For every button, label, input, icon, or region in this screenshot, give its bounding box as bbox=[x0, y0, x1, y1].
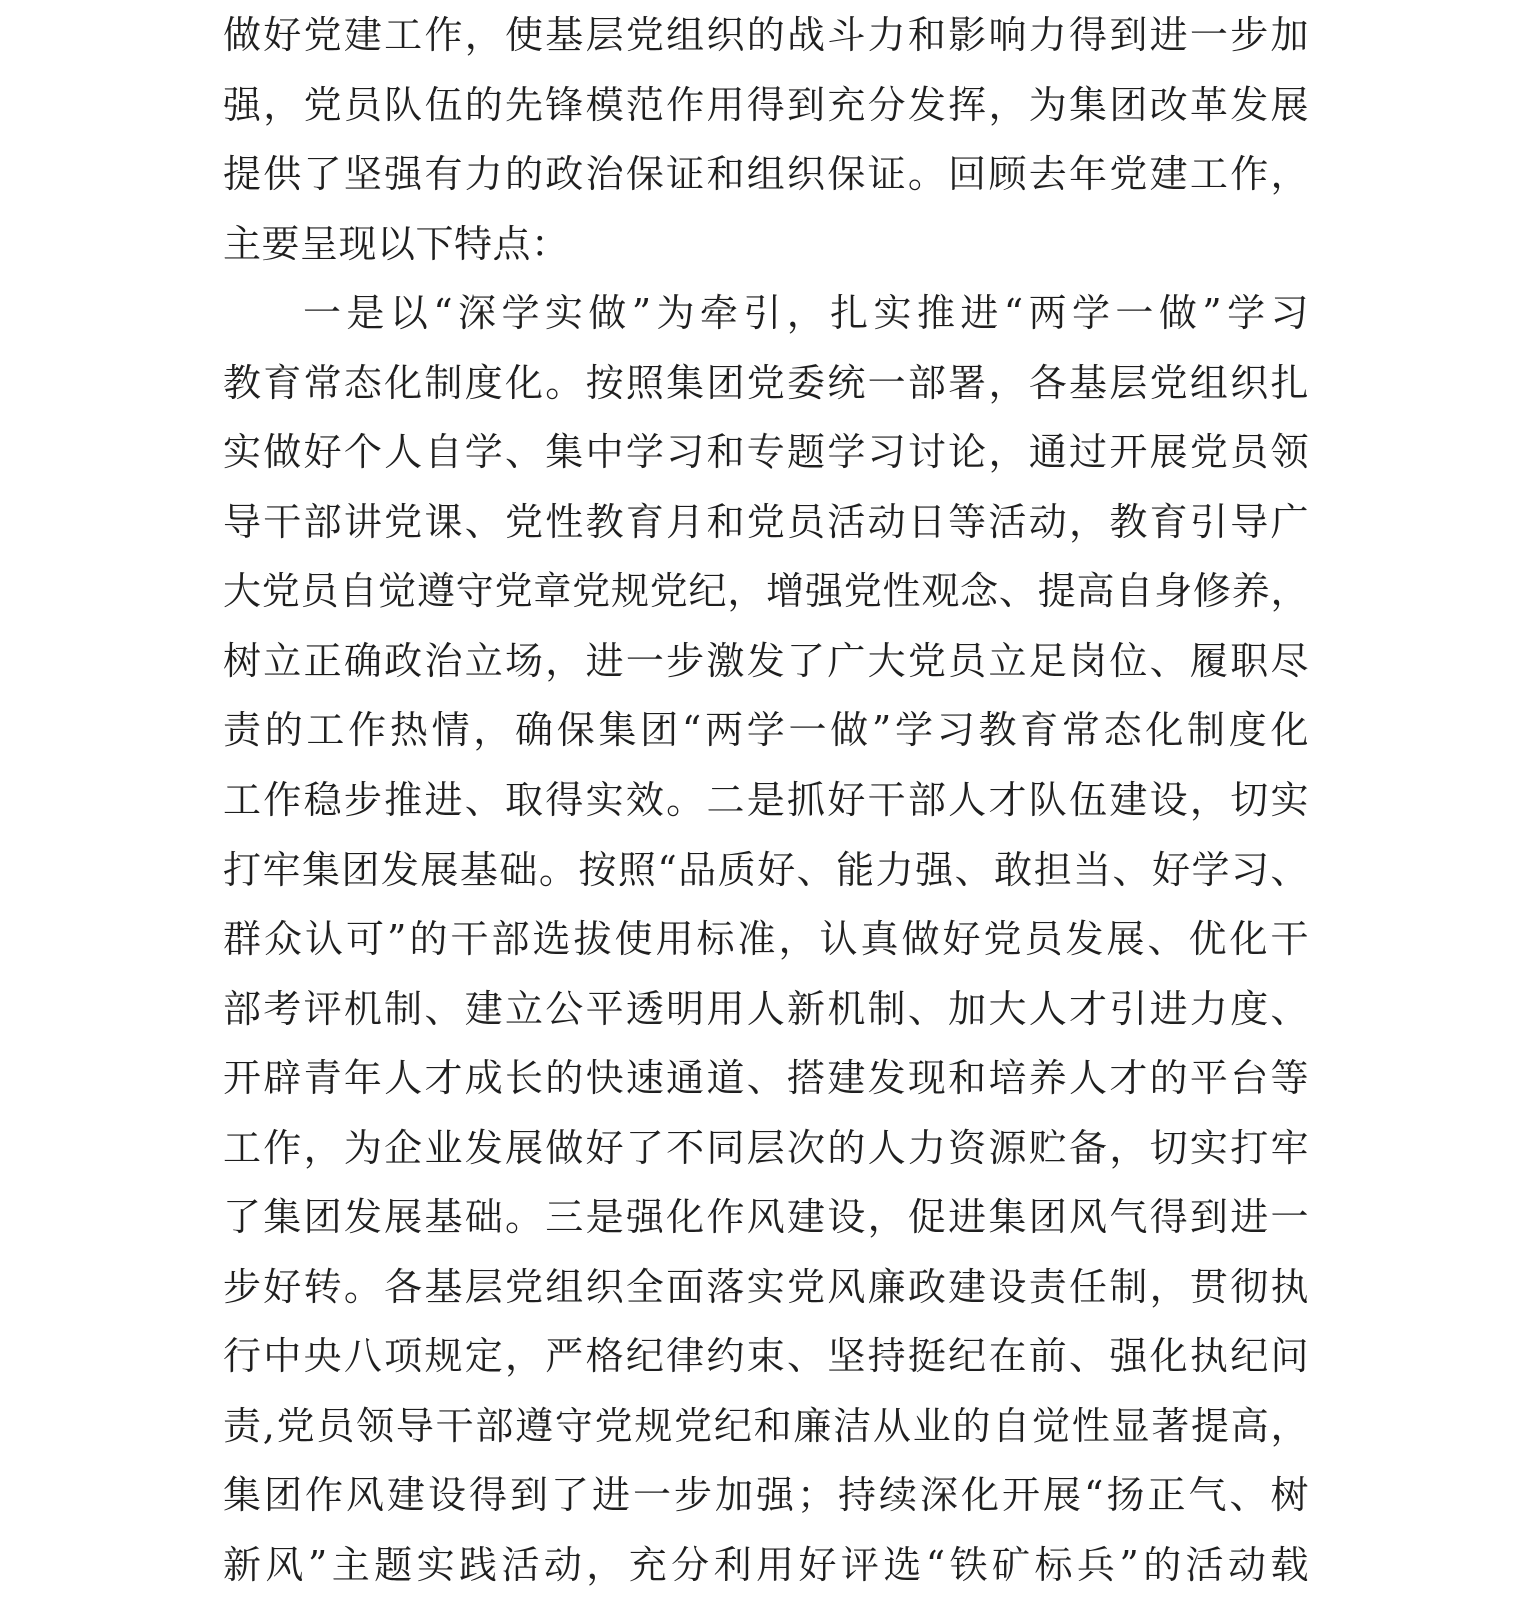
text-line: 主要呈现以下特点： bbox=[223, 210, 1309, 280]
document-body: 做好党建工作，使基层党组织的战斗力和影响力得到进一步加强，党员队伍的先锋模范作用… bbox=[223, 1, 1309, 1600]
text-line: 提供了坚强有力的政治保证和组织保证。回顾去年党建工作， bbox=[223, 140, 1309, 210]
text-line: 一是以“深学实做”为牵引，扎实推进“两学一做”学习 bbox=[223, 279, 1309, 349]
text-line: 强，党员队伍的先锋模范作用得到充分发挥，为集团改革发展 bbox=[223, 71, 1309, 141]
text-line: 教育常态化制度化。按照集团党委统一部署，各基层党组织扎 bbox=[223, 349, 1309, 419]
text-line: 实做好个人自学、集中学习和专题学习讨论，通过开展党员领 bbox=[223, 418, 1309, 488]
text-line: 开辟青年人才成长的快速通道、搭建发现和培养人才的平台等 bbox=[223, 1044, 1309, 1114]
text-line: 了集团发展基础。三是强化作风建设，促进集团风气得到进一 bbox=[223, 1183, 1309, 1253]
text-line: 工作，为企业发展做好了不同层次的人力资源贮备，切实打牢 bbox=[223, 1114, 1309, 1184]
text-line: 树立正确政治立场，进一步激发了广大党员立足岗位、履职尽 bbox=[223, 627, 1309, 697]
text-line: 大党员自觉遵守党章党规党纪，增强党性观念、提高自身修养， bbox=[223, 557, 1309, 627]
document-page: 做好党建工作，使基层党组织的战斗力和影响力得到进一步加强，党员队伍的先锋模范作用… bbox=[0, 0, 1533, 1600]
text-line: 责,党员领导干部遵守党规党纪和廉洁从业的自觉性显著提高， bbox=[223, 1392, 1309, 1462]
text-line: 行中央八项规定，严格纪律约束、坚持挺纪在前、强化执纪问 bbox=[223, 1322, 1309, 1392]
text-line: 集团作风建设得到了进一步加强；持续深化开展“扬正气、树 bbox=[223, 1461, 1309, 1531]
text-line: 工作稳步推进、取得实效。二是抓好干部人才队伍建设，切实 bbox=[223, 766, 1309, 836]
text-line: 责的工作热情，确保集团“两学一做”学习教育常态化制度化 bbox=[223, 696, 1309, 766]
text-line: 做好党建工作，使基层党组织的战斗力和影响力得到进一步加 bbox=[223, 1, 1309, 71]
text-line: 打牢集团发展基础。按照“品质好、能力强、敢担当、好学习、 bbox=[223, 836, 1309, 906]
text-line: 部考评机制、建立公平透明用人新机制、加大人才引进力度、 bbox=[223, 975, 1309, 1045]
text-line: 步好转。各基层党组织全面落实党风廉政建设责任制，贯彻执 bbox=[223, 1253, 1309, 1323]
text-line: 导干部讲党课、党性教育月和党员活动日等活动，教育引导广 bbox=[223, 488, 1309, 558]
text-line: 群众认可”的干部选拔使用标准，认真做好党员发展、优化干 bbox=[223, 905, 1309, 975]
text-line: 新风”主题实践活动，充分利用好评选“铁矿标兵”的活动载 bbox=[223, 1531, 1309, 1600]
